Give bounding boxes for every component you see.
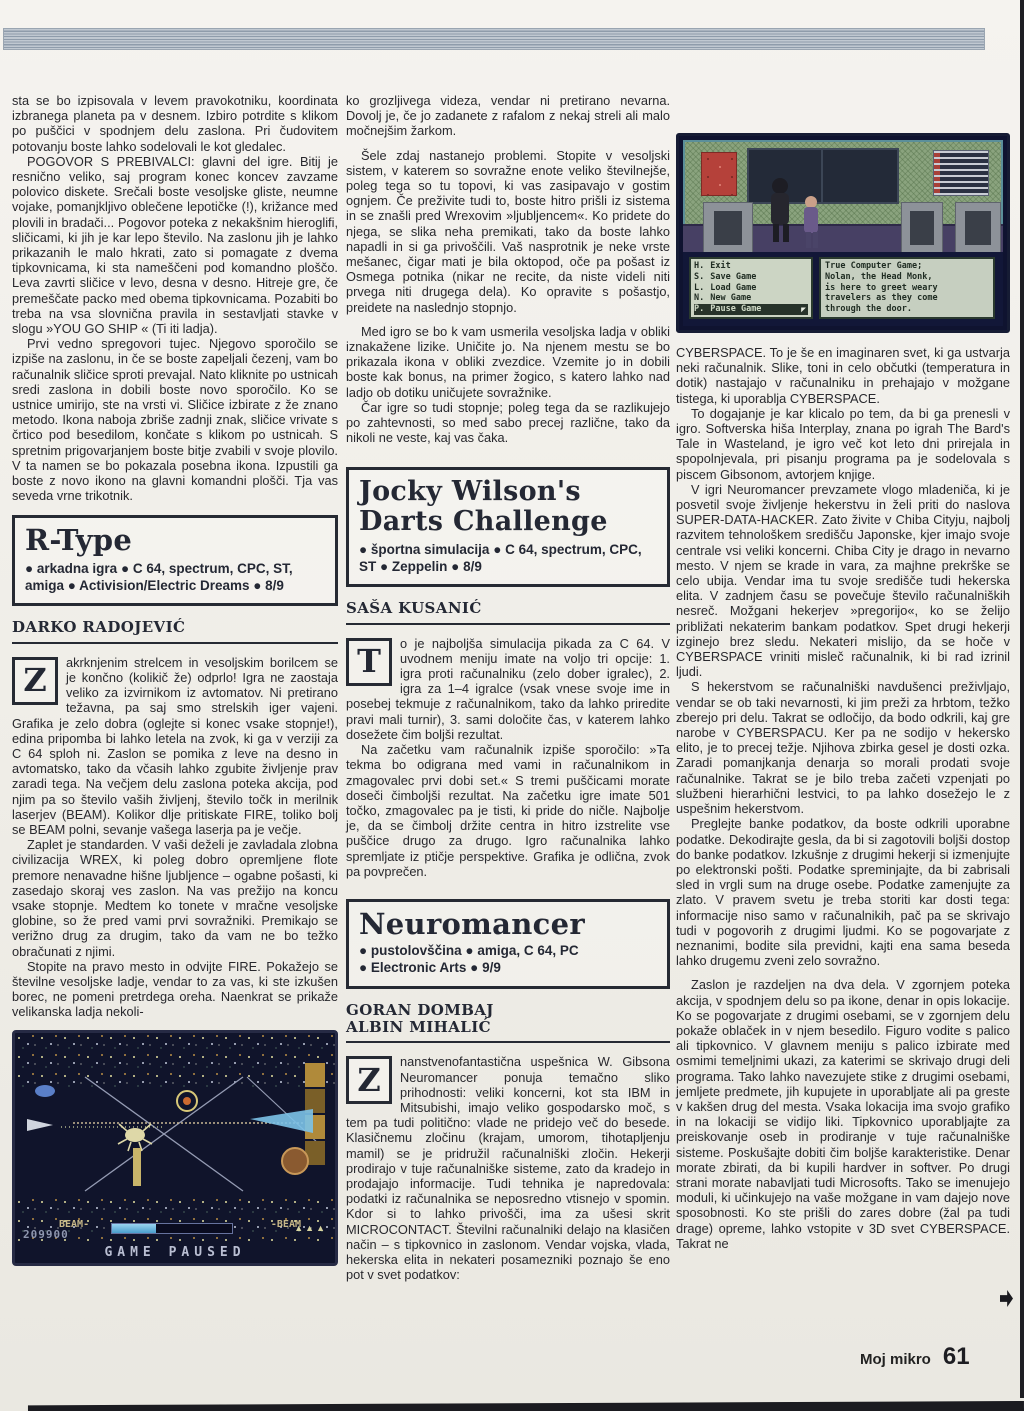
paragraph-text: akrknjenim strelcem in vesoljskim borilc… (12, 655, 338, 837)
page-edge-right (1020, 0, 1024, 1398)
cursor-icon: ◤ (801, 305, 806, 316)
magazine-name: Moj mikro (860, 1351, 931, 1368)
menu-key: P. (694, 304, 704, 315)
body-paragraph: Na začetku vam računalnik izpiše sporoči… (346, 742, 670, 879)
body-paragraph: Šele zdaj nastanejo problemi. Stopite v … (346, 148, 670, 315)
author-rule (12, 642, 338, 644)
author-rule (346, 623, 670, 625)
column-1: sta se bo izpisovala v levem pravokotnik… (12, 93, 338, 1266)
article-opening-paragraph: Zakrknjenim strelcem in vesoljskim boril… (12, 655, 338, 837)
paragraph-text: o je najboljša simulacija pikada za C 64… (346, 636, 670, 742)
game-paused-text: GAME PAUSED (15, 1245, 335, 1260)
page-number: 61 (943, 1343, 970, 1371)
dialog-line: through the door. (825, 304, 989, 315)
review-title: R-Type (25, 525, 325, 556)
rtype-screenshot: 209900 BEAM- -BEAM ▲▲▲ GAME PAUSED (12, 1030, 338, 1266)
dialog-line: is here to greet weary (825, 283, 989, 294)
menu-label: Exit (710, 261, 730, 272)
menu-item-exit: H.Exit (694, 261, 808, 272)
body-paragraph: S hekerstvom se računalniški navdušenci … (676, 679, 1010, 816)
body-paragraph: Med igro se bo k vam usmerila vesoljska … (346, 324, 670, 400)
menu-label: Load Game (710, 283, 756, 294)
author-name: DARKO RADOJEVIĆ (12, 620, 338, 635)
neuromancer-scene (683, 140, 1003, 252)
body-paragraph: Preglejte banke podatkov, da boste odkri… (676, 816, 1010, 968)
column-3: H.Exit S.Save Game L.Load Game N.New Gam… (676, 133, 1010, 1251)
article-opening-paragraph: To je najboljša simulacija pikada za C 6… (346, 636, 670, 742)
character-sprites (683, 140, 1009, 252)
body-paragraph: Zaslon je razdeljen na dva dela. V zgorn… (676, 977, 1010, 1251)
menu-item-new: N.New Game (694, 293, 808, 304)
menu-label: New Game (710, 293, 751, 304)
dropcap-letter: Z (346, 1056, 392, 1104)
review-title: Jocky Wilson's Darts Challenge (359, 477, 657, 537)
dropcap-letter: Z (12, 657, 58, 705)
page-footer: Moj mikro 61 (860, 1343, 970, 1371)
game-dialog: True Computer Game; Nolan, the Head Monk… (819, 257, 995, 319)
body-paragraph: Čar igre so tudi stopnje; poleg tega da … (346, 400, 670, 446)
menu-key: L. (694, 283, 704, 294)
author-name: SAŠA KUSANIĆ (346, 601, 670, 616)
dialog-line: True Computer Game; (825, 261, 989, 272)
review-header-rtype: R-Type ● arkadna igra ● C 64, spectrum, … (12, 515, 338, 606)
menu-key: S. (694, 272, 704, 283)
lives-indicator: ▲▲▲ (294, 1221, 327, 1236)
menu-key: N. (694, 293, 704, 304)
neuromancer-bottom-panel: H.Exit S.Save Game L.Load Game N.New Gam… (683, 252, 1003, 326)
menu-label: Save Game (710, 272, 756, 283)
review-header-jocky: Jocky Wilson's Darts Challenge ● športna… (346, 467, 670, 587)
column-2: ko grozljivega videza, vendar ni pretira… (346, 93, 670, 1282)
beam-meter (111, 1223, 233, 1234)
continued-arrow-icon (1000, 1290, 1013, 1307)
article-opening-paragraph: Znanstvenofantastična uspešnica W. Gibso… (346, 1054, 670, 1282)
menu-key: H. (694, 261, 704, 272)
page-header-stripe (3, 28, 985, 50)
menu-label: Pause Game (710, 304, 761, 315)
body-paragraph: POGOVOR S PREBIVALCI: glavni del igre. B… (12, 154, 338, 336)
game-menu: H.Exit S.Save Game L.Load Game N.New Gam… (689, 257, 813, 319)
body-paragraph: V igri Neuromancer prevzamete vlogo mlad… (676, 482, 1010, 680)
dialog-line: Nolan, the Head Monk, (825, 272, 989, 283)
paragraph-text: nanstvenofantastična uspešnica W. Gibson… (346, 1054, 670, 1282)
author-name: GORAN DOMBAJ (346, 1003, 670, 1018)
review-meta: ● arkadna igra ● C 64, spectrum, CPC, ST… (25, 561, 325, 594)
page-edge-bottom (28, 1401, 1024, 1411)
menu-item-save: S.Save Game (694, 272, 808, 283)
beam-label-left: BEAM- (59, 1217, 89, 1232)
body-paragraph: Zaplet je standarden. V vaši deželi je z… (12, 837, 338, 959)
author-name-2: ALBIN MIHALIĆ (346, 1020, 670, 1035)
review-meta: ● športna simulacija ● C 64, spectrum, C… (359, 542, 657, 575)
dropcap-letter: T (346, 638, 392, 686)
body-paragraph: Prvi vedno spregovori tujec. Njegovo spo… (12, 336, 338, 503)
review-meta: ● pustolovščina ● amiga, C 64, PC (359, 943, 657, 960)
dialog-line: travelers as they come (825, 293, 989, 304)
review-meta-2: ● Electronic Arts ● 9/9 (359, 960, 657, 977)
body-paragraph: CYBERSPACE. To je še en imaginaren svet,… (676, 345, 1010, 406)
author-rule (346, 1041, 670, 1043)
menu-item-load: L.Load Game (694, 283, 808, 294)
body-paragraph: sta se bo izpisovala v levem pravokotnik… (12, 93, 338, 154)
beam-meter-fill (112, 1224, 156, 1233)
body-paragraph: To dogajanje je kar klicalo po tem, da b… (676, 406, 1010, 482)
review-header-neuromancer: Neuromancer ● pustolovščina ● amiga, C 6… (346, 899, 670, 989)
body-paragraph: Stopite na pravo mesto in odvijte FIRE. … (12, 959, 338, 1020)
menu-item-pause-selected: P.Pause Game◤ (694, 304, 808, 315)
review-title: Neuromancer (359, 909, 657, 940)
body-paragraph: ko grozljivega videza, vendar ni pretira… (346, 93, 670, 139)
neuromancer-screenshot: H.Exit S.Save Game L.Load Game N.New Gam… (676, 133, 1010, 333)
